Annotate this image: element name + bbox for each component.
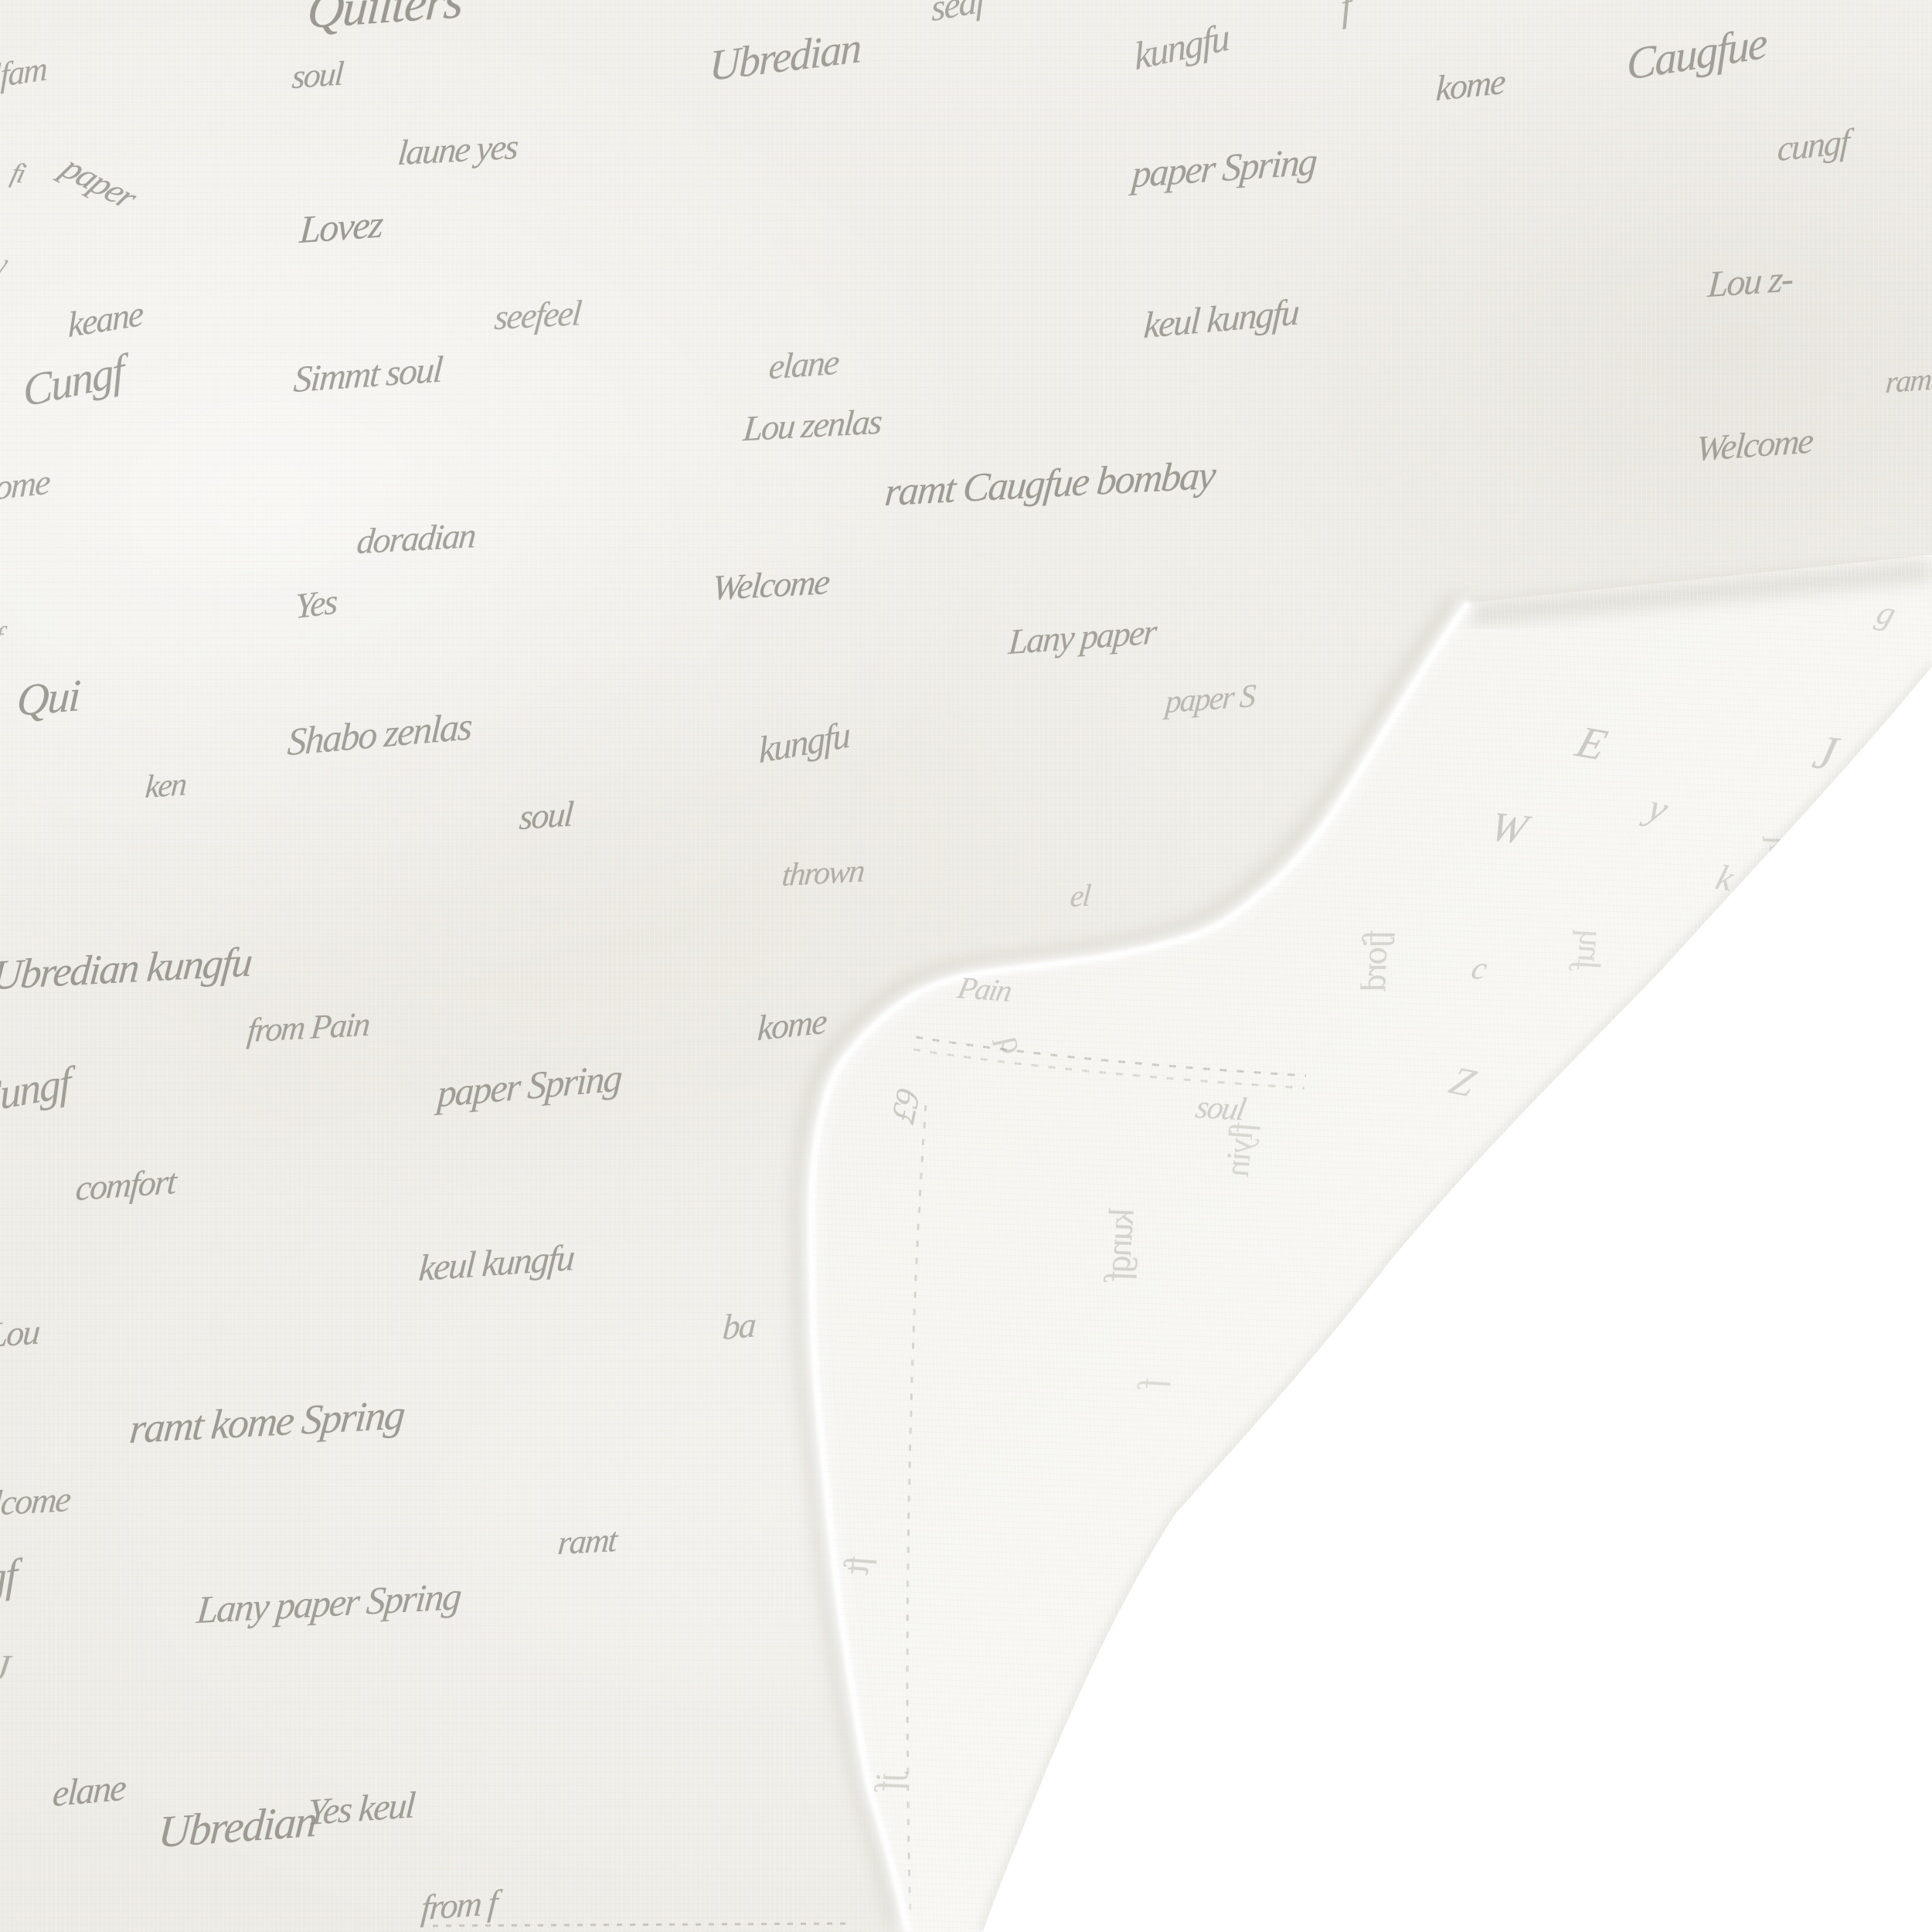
script-word: W xyxy=(1486,806,1529,850)
script-word: Caugfue xyxy=(1626,20,1766,87)
script-word: doradian xyxy=(355,518,477,560)
script-word: fjord xyxy=(1355,927,1393,993)
script-word: Ubredian xyxy=(157,1799,318,1855)
script-word: paper Spring xyxy=(437,1058,622,1113)
script-word: f xyxy=(1339,0,1352,29)
script-word: jf xyxy=(870,1768,906,1792)
script-word: elane xyxy=(767,345,839,386)
script-word: Lany paper Spring xyxy=(196,1577,462,1629)
script-word: elane xyxy=(52,1770,126,1814)
script-word: ramt kome Spring xyxy=(128,1393,406,1450)
script-word: keul kungfu xyxy=(417,1240,574,1287)
script-word: Quilters xyxy=(306,0,464,37)
script-word: J xyxy=(0,1650,11,1685)
script-word: Yes keul xyxy=(306,1787,415,1832)
script-word: ba xyxy=(722,1307,756,1345)
script-word: Qui xyxy=(15,673,80,724)
script-word: huf xyxy=(1566,925,1603,971)
script-word: Yes xyxy=(295,583,337,624)
script-word: f xyxy=(1133,1374,1168,1390)
script-word: keane xyxy=(68,296,143,344)
script-word: seefeel xyxy=(493,295,582,335)
script-word: Cungf xyxy=(0,1061,70,1122)
script-word: paper S xyxy=(1165,680,1256,719)
script-word: Cungf xyxy=(22,348,124,414)
script-word: Lou z- xyxy=(1706,260,1793,304)
script-word: kungfu xyxy=(758,716,850,770)
script-word: gf xyxy=(0,1553,16,1602)
script-word: soul xyxy=(291,56,343,94)
script-word: tilfam xyxy=(0,52,46,96)
script-word: Ubredian xyxy=(709,26,861,88)
script-word: ft xyxy=(838,1551,875,1577)
script-word: y xyxy=(0,249,9,280)
script-word: f xyxy=(0,622,3,653)
script-word: from f xyxy=(420,1885,497,1926)
script-word: keul kungfu xyxy=(1143,294,1299,345)
script-word: Welcome xyxy=(1695,423,1813,467)
script-word: thrown xyxy=(781,855,865,892)
script-word: ramt xyxy=(1885,363,1932,398)
script-word: Lou zenlas xyxy=(742,404,883,447)
script-word: kungf xyxy=(1100,1204,1140,1283)
script-word: g xyxy=(1872,596,1898,631)
script-word: kome xyxy=(757,1003,826,1046)
script-word: Lou xyxy=(0,1314,40,1353)
script-word: Lany paper xyxy=(1007,614,1157,661)
script-word: kome xyxy=(0,464,49,507)
script-word: paper xyxy=(55,150,142,214)
script-word: Simmt soul xyxy=(292,351,443,399)
script-word: soul xyxy=(518,796,573,835)
script-word: cungf xyxy=(1777,124,1849,167)
script-word: b xyxy=(988,1036,1025,1053)
script-word: laune yes xyxy=(396,129,519,171)
script-word: ken xyxy=(145,768,187,804)
script-word: el xyxy=(1069,880,1090,913)
script-word: kome xyxy=(1435,63,1505,107)
script-word: c xyxy=(1469,952,1488,985)
script-word: Lovez xyxy=(298,204,383,249)
script-word: Ubredian kungfu xyxy=(0,940,253,996)
script-word: y xyxy=(1643,788,1673,828)
script-word: comfort xyxy=(74,1164,176,1206)
script-word: k xyxy=(1713,860,1736,896)
script-word: fi xyxy=(9,158,28,187)
script-word: Z xyxy=(1444,1061,1478,1104)
script-word: kungfu xyxy=(1133,17,1230,76)
script-word: J xyxy=(1808,729,1840,777)
script-word: paper Spring xyxy=(1131,141,1317,193)
script-word: Welcome xyxy=(711,564,830,606)
script-word: ramt Caugfue bombay xyxy=(883,455,1216,513)
script-word: seaf xyxy=(930,0,985,28)
script-word: Shabo zenlas xyxy=(287,706,472,761)
script-word: flyin xyxy=(1220,1118,1259,1179)
fabric-photo: QuiltersseafftilfamsoulUbrediankungfukom… xyxy=(0,0,1932,1932)
script-word: Pain xyxy=(955,972,1014,1006)
script-word: E xyxy=(1571,719,1611,767)
script-word: £9 xyxy=(886,1086,925,1128)
script-word: from Pain xyxy=(246,1008,370,1049)
script-word: Welcome xyxy=(0,1481,71,1523)
script-word: ramt xyxy=(556,1523,617,1560)
